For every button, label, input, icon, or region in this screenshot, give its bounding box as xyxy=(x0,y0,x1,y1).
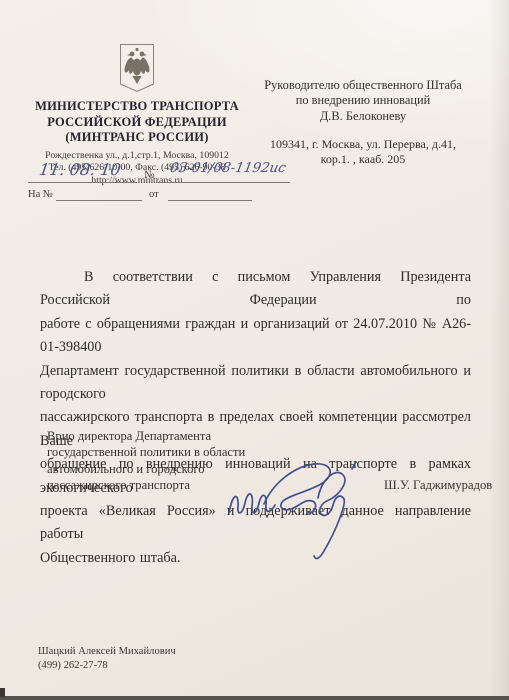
body-line: работе с обращениями граждан и организац… xyxy=(40,313,471,360)
ministry-name-line3: (МИНТРАНС РОССИИ) xyxy=(28,130,246,146)
handwritten-date: 11. 08. 10 xyxy=(31,160,130,179)
number-underline xyxy=(158,182,290,183)
reference-reply-row: На № от xyxy=(28,189,278,205)
scan-bottom-edge xyxy=(0,696,509,700)
ministry-name-line2: РОССИЙСКОЙ ФЕДЕРАЦИИ xyxy=(28,115,246,131)
executor-name: Шацкий Алексей Михайлович xyxy=(38,645,176,659)
date-underline xyxy=(28,182,136,183)
scan-corner-mark xyxy=(0,688,5,697)
addressee-line3: Д.В. Белоконеву xyxy=(238,109,488,124)
executor-phone: (499) 262-27-78 xyxy=(38,659,176,673)
reply-number-label: На № xyxy=(28,189,53,200)
ministry-name: МИНИСТЕРСТВО ТРАНСПОРТА РОССИЙСКОЙ ФЕДЕР… xyxy=(28,99,246,146)
scan-edge-shadow xyxy=(487,0,509,700)
ministry-name-line1: МИНИСТЕРСТВО ТРАНСПОРТА xyxy=(28,99,246,115)
addressee-line2: по внедрению инноваций xyxy=(238,93,488,108)
addressee-block: Руководителю общественного Штаба по внед… xyxy=(238,78,488,166)
signer-name: Ш.У. Гаджимурадов xyxy=(384,478,492,493)
body-line: В соответствии с письмом Управления През… xyxy=(40,266,471,313)
addressee-line1: Руководителю общественного Штаба xyxy=(238,78,488,93)
reply-from-label: от xyxy=(149,189,159,200)
body-line: Департамент государственной политики в о… xyxy=(40,360,471,407)
reply-number-underline xyxy=(56,200,142,201)
addressee-postal-address: 109341, г. Москва, ул. Перерва, д.41, ко… xyxy=(238,137,488,166)
handwritten-signature xyxy=(224,441,392,569)
addressee-address-line1: 109341, г. Москва, ул. Перерва, д.41, xyxy=(238,137,488,152)
number-sign-label: № xyxy=(144,169,155,181)
scanned-letter-page: МИНИСТЕРСТВО ТРАНСПОРТА РОССИЙСКОЙ ФЕДЕР… xyxy=(0,0,509,700)
reply-from-underline xyxy=(168,200,252,201)
executor-info: Шацкий Алексей Михайлович (499) 262-27-7… xyxy=(38,645,176,672)
addressee-address-line2: кор.1. , кааб. 205 xyxy=(238,152,488,167)
coat-of-arms-icon xyxy=(118,42,156,94)
